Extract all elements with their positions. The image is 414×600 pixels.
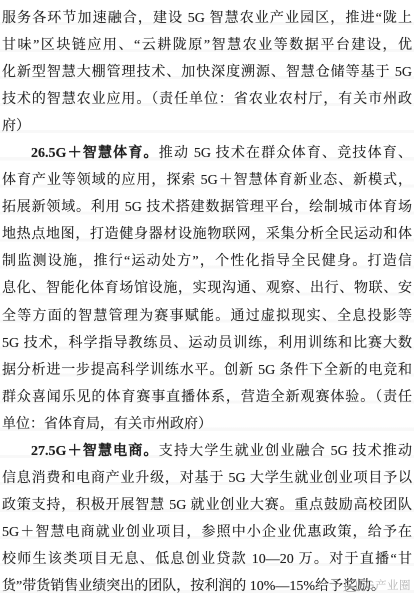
- text-line: 单位：省体育局，有关市州政府）: [2, 411, 412, 438]
- section-26-body-start: 推动 5G 技术在群众体育、竞技体育、: [159, 146, 412, 161]
- text-line: 地热点地图，打造健身器材设施物联网，采集分析全民运动和体: [2, 221, 412, 248]
- text-line: 技术的智慧农业应用。（责任单位：省农业农村厅，有关市州政: [2, 86, 412, 113]
- text-line: 据分析进一步提高科学训练水平。创新 5G 条件下全新的电竞和: [2, 357, 412, 384]
- text-line: 府）: [2, 113, 412, 140]
- text-line: 服务各环节加速融合，建设 5G 智慧农业产业园区，推进“陇上: [2, 5, 412, 32]
- section-27-body-start: 支持大学生就业创业融合 5G 技术推动: [159, 444, 412, 459]
- document-page: 服务各环节加速融合，建设 5G 智慧农业产业园区，推进“陇上 甘味”区块链应用、…: [0, 0, 414, 600]
- text-line: 全等方面的智慧管理为赛事赋能。通过虚拟现实、全息投影等: [2, 303, 412, 330]
- text-line: 信息消费和电商产业升级，对基于 5G 大学生就业创业项目予以: [2, 465, 412, 492]
- text-line: 校师生该类项目无息、低息创业贷款 10—20 万。对于直播“甘: [2, 546, 412, 573]
- text-line: 5G＋智慧电商就业创业项目，参照中小企业优惠政策，给予在: [2, 519, 412, 546]
- text-line: 拓展新领域。利用 5G 技术搭建数据管理平台，绘制城市体育场: [2, 194, 412, 221]
- text-line: 5G 技术，科学指导教练员、运动员训练，利用训练和比赛大数: [2, 330, 412, 357]
- section-26-heading: 26.5G＋智慧体育。: [31, 146, 159, 161]
- text-line: 货”带货销售业绩突出的团队，按利润的 10%—15%给予奖励。: [2, 573, 412, 600]
- text-line: 化新型智慧大棚管理技术、加快深度溯源、智慧仓储等基于 5G: [2, 59, 412, 86]
- text-line: 群众喜闻乐见的体育赛事直播体系，营造全新观赛体验。（责任: [2, 384, 412, 411]
- text-line: 甘味”区块链应用、“云耕陇原”智慧农业等数据平台建设，优: [2, 32, 412, 59]
- section-27-heading: 27.5G＋智慧电商。: [31, 444, 159, 459]
- text-line: 体育产业等领域的应用，探索 5G＋智慧体育新业态、新模式，: [2, 167, 412, 194]
- text-line: 26.5G＋智慧体育。推动 5G 技术在群众体育、竞技体育、: [2, 140, 412, 167]
- text-line: 27.5G＋智慧电商。支持大学生就业创业融合 5G 技术推动: [2, 438, 412, 465]
- text-line: 息化、智能化体育场馆设施，实现沟通、观察、出行、物联、安: [2, 275, 412, 302]
- text-line: 制监测设施，推行“运动处方”，个性化指导全民健身。打造信: [2, 248, 412, 275]
- text-line: 政策支持，积极开展智慧 5G 就业创业大赛。重点鼓励高校团队: [2, 492, 412, 519]
